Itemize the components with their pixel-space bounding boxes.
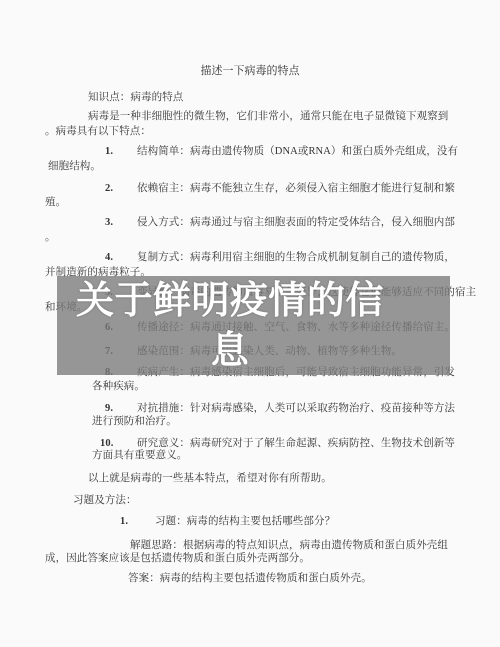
list-item-2-line-1: 2.依赖宿主：病毒不能独立生存，必须侵入宿主细胞才能进行复制和繁 bbox=[137, 182, 455, 196]
intro-paragraph-line-1: 病毒是一种非细胞性的微生物，它们非常小，通常只能在电子显微镜下观察到 bbox=[88, 110, 448, 124]
list-item-1-line-1: 1.结构简单：病毒由遗传物质（DNA或RNA）和蛋白质外壳组成，没有 bbox=[137, 145, 458, 159]
list-item-9-number: 9. bbox=[105, 402, 113, 416]
list-item-2-number: 2. bbox=[105, 182, 113, 196]
list-item-4-number: 4. bbox=[105, 251, 113, 265]
watermark-overlay: 关于鲜明疫情的信息 bbox=[57, 276, 450, 375]
list-item-4-text: 复制方式：病毒利用宿主细胞的生物合成机制复制自己的遗传物质， bbox=[137, 252, 455, 263]
list-item-9-line-1: 9.对抗措施：针对病毒感染，人类可以采取药物治疗、疫苗接种等方法 bbox=[137, 402, 455, 416]
list-item-3-number: 3. bbox=[105, 216, 113, 230]
intro-paragraph-line-2: 。病毒具有以下特点： bbox=[45, 125, 151, 139]
list-item-10-text: 研究意义：病毒研究对于了解生命起源、疾病防控、生物技术创新等 bbox=[137, 438, 455, 449]
exercise-question-number: 1. bbox=[120, 515, 128, 529]
exercise-question-text: 习题：病毒的结构主要包括哪些部分？ bbox=[155, 516, 335, 527]
list-item-1-text: 结构简单：病毒由遗传物质（DNA或RNA）和蛋白质外壳组成，没有 bbox=[137, 146, 458, 157]
list-item-3-line-2: 。 bbox=[45, 231, 56, 245]
list-item-2-text: 依赖宿主：病毒不能独立生存，必须侵入宿主细胞才能进行复制和繁 bbox=[137, 183, 455, 194]
answer-line: 答案：病毒的结构主要包括遗传物质和蛋白质外壳。 bbox=[128, 572, 372, 586]
document-title: 描述一下病毒的特点 bbox=[0, 63, 500, 79]
document-page: 描述一下病毒的特点 知识点：病毒的特点 病毒是一种非细胞性的微生物，它们非常小，… bbox=[0, 0, 500, 647]
list-item-9-line-2: 进行预防和治疗。 bbox=[92, 415, 177, 429]
exercises-heading: 习题及方法： bbox=[73, 494, 137, 508]
solution-approach-line-1: 解题思路：根据病毒的特点知识点，病毒由遗传物质和蛋白质外壳组 bbox=[130, 539, 448, 553]
list-item-1-line-2: 细胞结构。 bbox=[48, 160, 101, 174]
watermark-text: 关于鲜明疫情的信息 bbox=[60, 276, 400, 376]
list-item-1-number: 1. bbox=[105, 145, 113, 159]
exercise-question-line: 1.习题：病毒的结构主要包括哪些部分？ bbox=[155, 515, 335, 529]
solution-approach-line-2: 成，因此答案应该是包括遗传物质和蛋白质外壳两部分。 bbox=[45, 552, 310, 566]
list-item-10-line-2: 方面具有重要意义。 bbox=[92, 449, 187, 463]
list-item-8-line-2: 各种疾病。 bbox=[92, 380, 145, 394]
list-item-3-text: 侵入方式：病毒通过与宿主细胞表面的特定受体结合，侵入细胞内部 bbox=[137, 217, 455, 228]
list-item-9-text: 对抗措施：针对病毒感染，人类可以采取药物治疗、疫苗接种等方法 bbox=[137, 403, 455, 414]
knowledge-point-line: 知识点：病毒的特点 bbox=[88, 91, 183, 105]
list-item-4-line-1: 4.复制方式：病毒利用宿主细胞的生物合成机制复制自己的遗传物质， bbox=[137, 251, 455, 265]
closing-line: 以上就是病毒的一些基本特点，希望对你有所帮助。 bbox=[88, 472, 332, 486]
list-item-3-line-1: 3.侵入方式：病毒通过与宿主细胞表面的特定受体结合，侵入细胞内部 bbox=[137, 216, 455, 230]
list-item-2-line-2: 殖。 bbox=[45, 196, 66, 210]
